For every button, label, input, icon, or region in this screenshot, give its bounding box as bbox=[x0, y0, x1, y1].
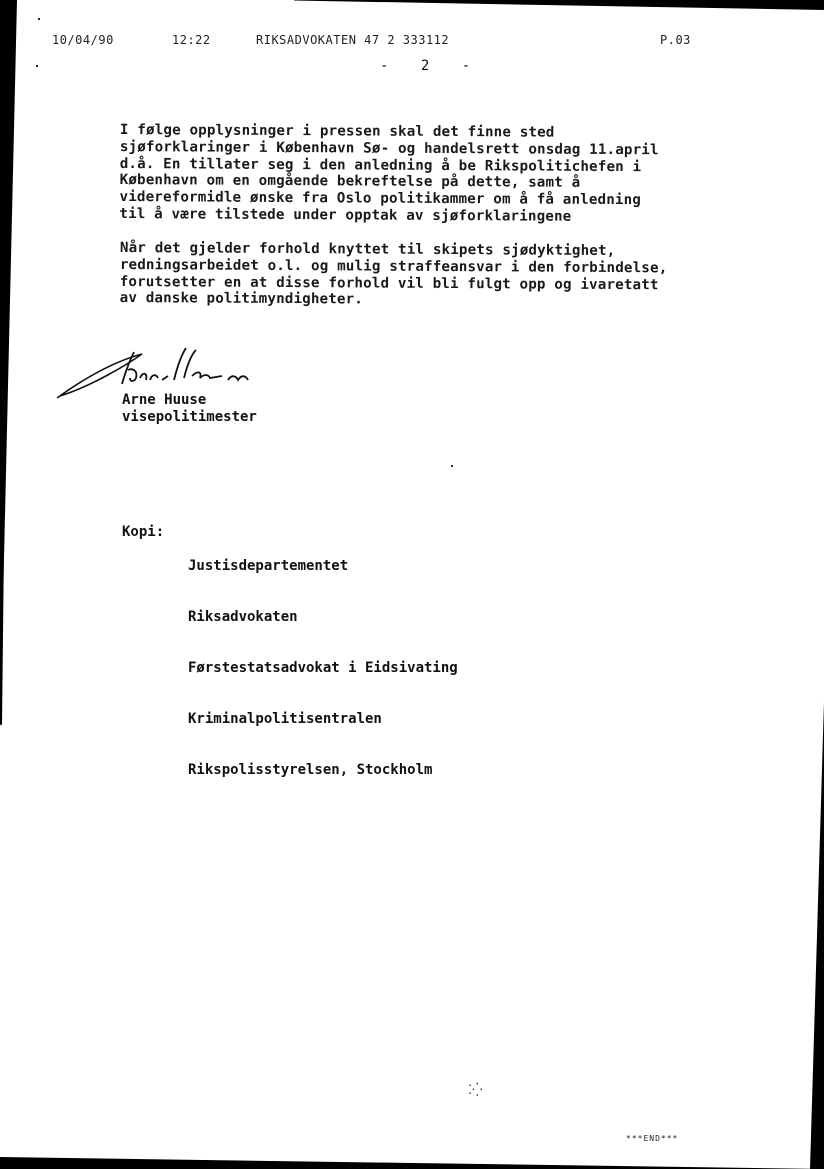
scan-edge-bottom bbox=[0, 1157, 824, 1169]
signer-block: Arne Huusevisepolitimester bbox=[122, 392, 257, 426]
scan-edge-top bbox=[294, 0, 824, 10]
body-line: til å være tilstede under opptak av sjøf… bbox=[119, 206, 658, 226]
signer-title: visepolitimester bbox=[122, 409, 257, 426]
scan-speck bbox=[38, 18, 40, 20]
copy-list: Justisdepartementet Riksadvokaten Første… bbox=[188, 524, 458, 813]
copy-recipient: Kriminalpolitisentralen bbox=[188, 711, 458, 728]
fax-sender: RIKSADVOKATEN 47 2 333112 bbox=[256, 33, 449, 47]
copy-label: Kopi: bbox=[122, 524, 164, 541]
copy-recipient: Justisdepartementet bbox=[188, 558, 458, 575]
signer-name: Arne Huuse bbox=[122, 392, 257, 409]
fax-time: 12:22 bbox=[172, 33, 211, 47]
page-number: - 2 - bbox=[380, 58, 482, 74]
copy-recipient: Førstestatsadvokat i Eidsivating bbox=[188, 660, 458, 677]
fax-date: 10/04/90 bbox=[52, 33, 114, 47]
scan-speck bbox=[36, 65, 38, 67]
body-line: av danske politimyndigheter. bbox=[120, 290, 668, 310]
copy-recipient: Riksadvokaten bbox=[188, 609, 458, 626]
scan-speck bbox=[451, 465, 453, 467]
stamp-mark: ⁚⁛ bbox=[468, 1083, 483, 1098]
fax-page: P.03 bbox=[660, 33, 691, 47]
body-paragraph-2: Når det gjelder forhold knyttet til skip… bbox=[120, 240, 668, 311]
end-marker: ***END*** bbox=[626, 1134, 678, 1143]
scan-edge-right bbox=[810, 0, 824, 1169]
copy-recipient: Rikspolisstyrelsen, Stockholm bbox=[188, 762, 458, 779]
body-paragraph-1: I følge opplysninger i pressen skal det … bbox=[119, 122, 658, 226]
